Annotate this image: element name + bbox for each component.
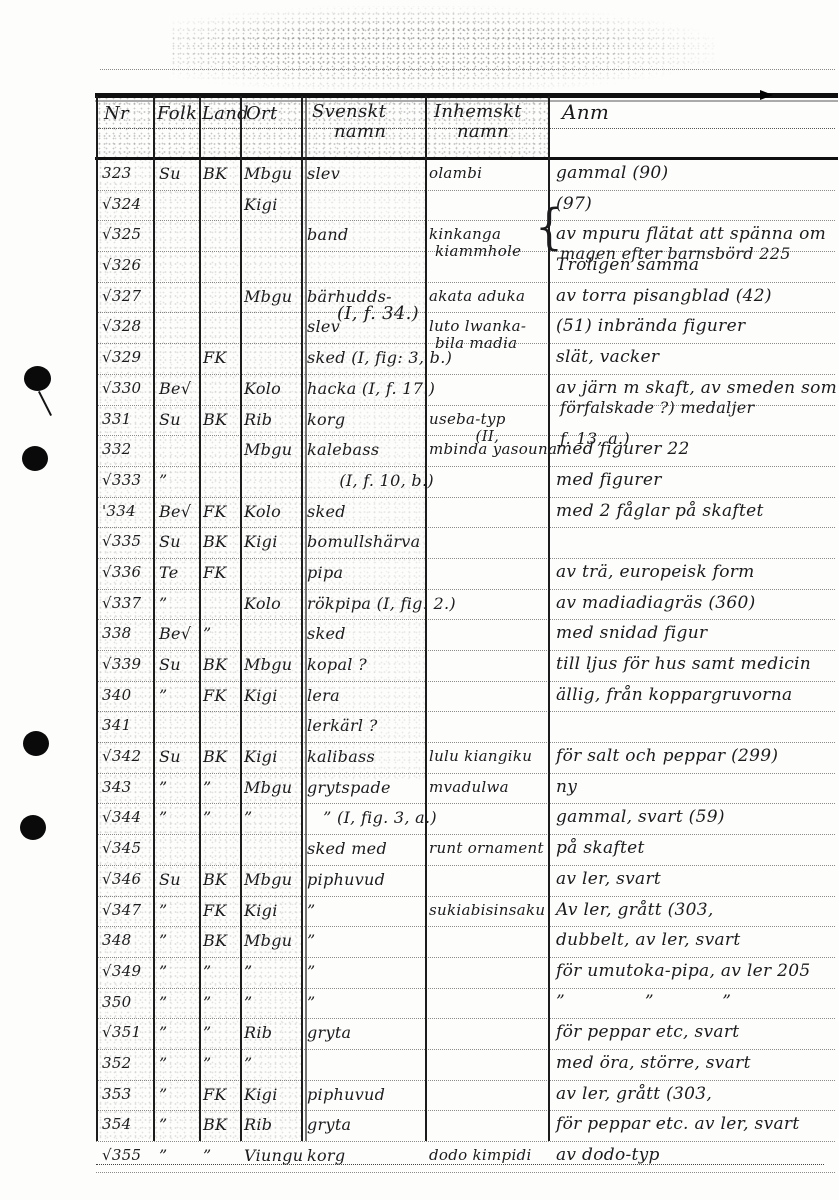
cell-text: '334 xyxy=(102,502,136,520)
cell-land: BK xyxy=(199,528,244,558)
column-header-svenskt-namn: namn xyxy=(334,121,386,142)
table-row: 353”FKKigipiphuvudav ler, grått (303, xyxy=(96,1081,835,1112)
cell-nr: √329 xyxy=(96,344,159,374)
cell-text: ” xyxy=(159,962,167,981)
table-row: √344””” ” (I, fig. 3, a.)gammal, svart (… xyxy=(96,804,835,835)
punch-hole xyxy=(24,366,51,391)
cell-sv xyxy=(301,252,431,282)
cell-folk xyxy=(153,191,205,221)
cell-text: 341 xyxy=(102,716,132,734)
cell-land xyxy=(199,835,244,865)
cell-nr: 332 xyxy=(96,436,159,466)
cell-text: FK xyxy=(203,1085,227,1104)
cell-text: √339 xyxy=(102,655,141,673)
cell-ort: Mbgu xyxy=(240,160,305,190)
cell-text: BK xyxy=(203,931,227,950)
cell-text: FK xyxy=(203,901,227,920)
cell-anm: med figurer 22 xyxy=(548,436,839,466)
cell-text: Mbgu xyxy=(244,778,292,797)
cell-text: (I, f. 10, b.) xyxy=(307,471,434,490)
scanned-ledger-page: Nr Folk Land Ort Svenskt namn Inhemskt n… xyxy=(0,0,839,1200)
cell-text: gammal (90) xyxy=(556,163,668,183)
cell-nr: √337 xyxy=(96,590,159,620)
cell-text: Su xyxy=(159,164,181,183)
cell-nr: √328 xyxy=(96,313,159,343)
cell-sv: kopal ? xyxy=(301,651,431,681)
cell-nr: 340 xyxy=(96,682,159,712)
cell-text: √342 xyxy=(102,747,141,765)
cell-text: på skaftet xyxy=(556,838,645,858)
cell-text: Te xyxy=(159,563,179,582)
cell-nr: √344 xyxy=(96,804,159,834)
cell-inh xyxy=(425,804,552,834)
cell-inh: dodo kimpidi xyxy=(425,1142,552,1172)
cell-folk xyxy=(153,221,205,251)
cell-inh xyxy=(425,989,552,1019)
cell-text: ” xyxy=(159,931,167,950)
cell-text: √335 xyxy=(102,532,141,550)
cell-nr: '334 xyxy=(96,498,159,528)
cell-text: BK xyxy=(203,1115,227,1134)
cell-nr: 352 xyxy=(96,1050,159,1080)
cell-sv xyxy=(301,191,431,221)
cell-text: ” xyxy=(203,778,211,797)
cell-text: ” xyxy=(307,993,315,1012)
cell-nr: 343 xyxy=(96,774,159,804)
cell-folk xyxy=(153,712,205,742)
cell-text: sked xyxy=(307,502,346,521)
cell-anm: av ler, grått (303, xyxy=(548,1081,839,1111)
cell-text: Mbgu xyxy=(244,440,292,459)
cell-ort: ” xyxy=(240,1050,305,1080)
cell-folk: ” xyxy=(153,1142,205,1172)
cell-sv: rökpipa (I, fig. 2.) xyxy=(301,590,431,620)
cell-text: sukiabisinsaku xyxy=(429,901,545,919)
cell-text: BK xyxy=(203,164,227,183)
cell-sv: piphuvud xyxy=(301,1081,431,1111)
cell-sv: lera xyxy=(301,682,431,712)
cell-text: ” xyxy=(159,778,167,797)
cell-ort xyxy=(240,221,305,251)
cell-nr: √351 xyxy=(96,1019,159,1049)
cell-text-line2: förfalskade ?) medaljer xyxy=(560,394,754,421)
cell-sv: bomullshärva xyxy=(301,528,431,558)
cell-land: ” xyxy=(199,620,244,650)
cell-text: 353 xyxy=(102,1085,132,1103)
cell-text: ” xyxy=(159,594,167,613)
cell-anm: (97) xyxy=(548,191,839,221)
cell-folk xyxy=(153,344,205,374)
cell-inh xyxy=(425,467,552,497)
rule-line xyxy=(95,93,838,98)
cell-text: dubbelt, av ler, svart xyxy=(556,930,740,950)
cell-sv: pipa xyxy=(301,559,431,589)
cell-text: √333 xyxy=(102,471,141,489)
cell-text: 354 xyxy=(102,1115,132,1133)
cell-text: Be√ xyxy=(159,379,191,398)
cell-anm: för peppar etc. av ler, svart xyxy=(548,1111,839,1141)
cell-anm: av dodo-typ xyxy=(548,1142,839,1172)
cell-text: Rib xyxy=(244,410,272,429)
cell-text: av ler, svart xyxy=(556,869,661,889)
table-row: √328slevluto lwanka-bila madia(51) inbrä… xyxy=(96,313,835,344)
cell-folk: ” xyxy=(153,682,205,712)
column-header-inhemskt-namn: namn xyxy=(457,121,509,142)
cell-folk: Su xyxy=(153,528,205,558)
cell-nr: 323 xyxy=(96,160,159,190)
cell-text: med snidad figur xyxy=(556,623,707,643)
cell-text: √325 xyxy=(102,225,141,243)
cell-sv: sked xyxy=(301,620,431,650)
cell-text: FK xyxy=(203,563,227,582)
cell-text: √329 xyxy=(102,348,141,366)
cell-land: FK xyxy=(199,344,244,374)
table-row: √355””Viungukorgdodo kimpidiav dodo-typ xyxy=(96,1142,835,1173)
cell-nr: 350 xyxy=(96,989,159,1019)
cell-nr: √330 xyxy=(96,375,159,405)
cell-text: ” xyxy=(159,901,167,920)
cell-ort: Mbgu xyxy=(240,866,305,896)
table-row: 341lerkärl ? xyxy=(96,712,835,743)
table-row: √349””””för umutoka-pipa, av ler 205 xyxy=(96,958,835,989)
cell-folk: ” xyxy=(153,927,205,957)
cell-land: FK xyxy=(199,498,244,528)
cell-ort: Kolo xyxy=(240,498,305,528)
cell-land: ” xyxy=(199,804,244,834)
cell-text: ” xyxy=(159,1146,167,1165)
cell-anm: med 2 fåglar på skaftet xyxy=(548,498,839,528)
cell-inh: runt ornament xyxy=(425,835,552,865)
cell-nr: 354 xyxy=(96,1111,159,1141)
cell-text: Su xyxy=(159,655,181,674)
cell-text: Su xyxy=(159,532,181,551)
cell-nr: √325 xyxy=(96,221,159,251)
cell-text: slev xyxy=(307,164,340,183)
cell-nr: √346 xyxy=(96,866,159,896)
cell-text: √344 xyxy=(102,808,141,826)
cell-anm: för peppar etc, svart xyxy=(548,1019,839,1049)
cell-text: Kigi xyxy=(244,532,278,551)
cell-sv: bärhudds-(I, f. 34.) xyxy=(301,283,431,313)
cell-text: korg xyxy=(307,1146,345,1165)
cell-anm: dubbelt, av ler, svart xyxy=(548,927,839,957)
cell-land xyxy=(199,283,244,313)
cell-folk: ” xyxy=(153,958,205,988)
cell-text: ny xyxy=(556,777,577,797)
cell-text: med figurer xyxy=(556,470,662,490)
cell-text: 338 xyxy=(102,624,132,642)
cell-text: √349 xyxy=(102,962,141,980)
cell-text: Kigi xyxy=(244,195,278,214)
cell-ort: Mbgu xyxy=(240,651,305,681)
cell-folk: Be√ xyxy=(153,620,205,650)
cell-inh xyxy=(425,375,552,405)
cell-ort xyxy=(240,467,305,497)
column-header-nr: Nr xyxy=(104,103,129,124)
table-row: 343””Mbgugrytspademvadulwany xyxy=(96,774,835,805)
cell-text: dodo kimpidi xyxy=(429,1146,532,1164)
cell-text: av ler, grått (303, xyxy=(556,1084,712,1104)
cell-text: 348 xyxy=(102,931,132,949)
cell-sv: grytspade xyxy=(301,774,431,804)
cell-folk: Be√ xyxy=(153,498,205,528)
cell-text: ” xyxy=(159,471,167,490)
cell-text: sked (I, fig: 3, b.) xyxy=(307,348,452,367)
cell-text: band xyxy=(307,225,349,244)
cell-folk xyxy=(153,313,205,343)
cell-text: √326 xyxy=(102,256,141,274)
cell-nr: √342 xyxy=(96,743,159,773)
cell-inh xyxy=(425,1081,552,1111)
cell-anm: med figurer xyxy=(548,467,839,497)
cell-text-line2: kiammhole xyxy=(435,238,521,265)
cell-ort xyxy=(240,252,305,282)
cell-text: √328 xyxy=(102,317,141,335)
cell-anm: ällig, från koppargruvorna xyxy=(548,682,839,712)
table-row: 340”FKKigileraällig, från koppargruvorna xyxy=(96,682,835,713)
cell-ort: Mbgu xyxy=(240,436,305,466)
cell-folk: ” xyxy=(153,1081,205,1111)
table-row: √325bandkinkangakiammholeav mpuru flätat… xyxy=(96,221,835,252)
cell-ort: ” xyxy=(240,989,305,1019)
cell-ort xyxy=(240,835,305,865)
cell-inh: akata aduka xyxy=(425,283,552,313)
cell-text: Su xyxy=(159,747,181,766)
cell-text: olambi xyxy=(429,164,482,182)
cell-nr: √336 xyxy=(96,559,159,589)
cell-sv: hacka (I, f. 17.) xyxy=(301,375,431,405)
cell-text: med öra, större, svart xyxy=(556,1053,751,1073)
pen-stroke xyxy=(38,391,52,416)
cell-folk: Su xyxy=(153,160,205,190)
cell-folk: Be√ xyxy=(153,375,205,405)
table-row: 323SuBKMbguslevolambigammal (90) xyxy=(96,160,835,191)
cell-anm: gammal, svart (59) xyxy=(548,804,839,834)
cell-text: Be√ xyxy=(159,624,191,643)
table-row: √333” (I, f. 10, b.)med figurer xyxy=(96,467,835,498)
cell-folk xyxy=(153,436,205,466)
cell-sv: gryta xyxy=(301,1019,431,1049)
cell-nr: √347 xyxy=(96,897,159,927)
cell-text: piphuvud xyxy=(307,1085,385,1104)
cell-text: slät, vacker xyxy=(556,347,659,367)
column-header-ort: Ort xyxy=(246,103,278,124)
cell-text: av dodo-typ xyxy=(556,1145,660,1165)
cell-sv: band xyxy=(301,221,431,251)
cell-ort: Mbgu xyxy=(240,927,305,957)
cell-text: ” xyxy=(307,931,315,950)
cell-text: Be√ xyxy=(159,502,191,521)
cell-text: FK xyxy=(203,502,227,521)
cell-text: ” xyxy=(307,962,315,981)
cell-text: hacka (I, f. 17.) xyxy=(307,379,435,398)
cell-nr: 331 xyxy=(96,406,159,436)
cell-text: BK xyxy=(203,532,227,551)
cell-text: ” xyxy=(159,1085,167,1104)
cell-text: lerkärl ? xyxy=(307,716,378,735)
cell-text: ” xyxy=(244,962,252,981)
cell-text: 343 xyxy=(102,778,132,796)
table-row: √336TeFKpipaav trä, europeisk form xyxy=(96,559,835,590)
cell-text: piphuvud xyxy=(307,870,385,889)
cell-text: Kigi xyxy=(244,1085,278,1104)
cell-text: 350 xyxy=(102,993,132,1011)
cell-inh: sukiabisinsaku xyxy=(425,897,552,927)
cell-land: BK xyxy=(199,160,244,190)
cell-text: runt ornament xyxy=(429,839,544,857)
cell-sv: (I, f. 10, b.) xyxy=(301,467,431,497)
cell-text: ” xyxy=(203,1146,211,1165)
cell-sv: sked (I, fig: 3, b.) xyxy=(301,344,431,374)
table-row: √337”Kolorökpipa (I, fig. 2.)av madiadia… xyxy=(96,590,835,621)
cell-inh xyxy=(425,712,552,742)
cell-land xyxy=(199,313,244,343)
cell-land xyxy=(199,375,244,405)
cell-nr: √335 xyxy=(96,528,159,558)
cell-text-line2: (I, f. 34.) xyxy=(337,300,419,327)
cell-sv: korg xyxy=(301,1142,431,1172)
cell-folk: ” xyxy=(153,467,205,497)
cell-inh: useba-typ (II, xyxy=(425,406,552,436)
cell-text: akata aduka xyxy=(429,287,525,305)
cell-text: 331 xyxy=(102,410,132,428)
column-header-inhemskt: Inhemskt xyxy=(434,101,522,122)
cell-text: √346 xyxy=(102,870,141,888)
cell-anm: för umutoka-pipa, av ler 205 xyxy=(548,958,839,988)
column-header-anm: Anm xyxy=(562,100,609,124)
table-row: √335SuBKKigibomullshärva xyxy=(96,528,835,559)
cell-text: Troligen samma xyxy=(556,255,699,275)
cell-text: ällig, från koppargruvorna xyxy=(556,685,792,705)
cell-text: Rib xyxy=(244,1023,272,1042)
cell-text: Av ler, grått (303, xyxy=(556,900,714,920)
cell-sv: ” xyxy=(301,989,431,1019)
cell-text: till ljus för hus samt medicin xyxy=(556,654,811,674)
cell-anm: med öra, större, svart xyxy=(548,1050,839,1080)
cell-text: Kigi xyxy=(244,686,278,705)
cell-text: ” xyxy=(244,808,252,827)
cell-inh: mbinda yasouna xyxy=(425,436,552,466)
cell-inh xyxy=(425,682,552,712)
cell-anm: av järn m skaft, av smeden somförfalskad… xyxy=(548,375,839,405)
cell-sv: piphuvud xyxy=(301,866,431,896)
cell-folk: Su xyxy=(153,866,205,896)
cell-anm: ” ” ” xyxy=(548,989,839,1019)
cell-text: med figurer 22 xyxy=(556,439,690,459)
cell-land xyxy=(199,252,244,282)
cell-anm: av madiadiagräs (360) xyxy=(548,590,839,620)
cell-folk: ” xyxy=(153,897,205,927)
table-row: √347”FKKigi”sukiabisinsakuAv ler, grått … xyxy=(96,897,835,928)
cell-text: Viungu xyxy=(244,1146,303,1165)
cell-nr: 353 xyxy=(96,1081,159,1111)
cell-text: ” xyxy=(159,686,167,705)
cell-text: ” ” ” xyxy=(556,992,731,1012)
cell-ort: Kigi xyxy=(240,191,305,221)
cell-nr: 341 xyxy=(96,712,159,742)
cell-anm xyxy=(548,712,839,742)
cell-sv: sked xyxy=(301,498,431,528)
cell-text: sked med xyxy=(307,839,387,858)
cell-text: √337 xyxy=(102,594,141,612)
cell-text: ” xyxy=(244,1054,252,1073)
cell-text: √330 xyxy=(102,379,141,397)
cell-text: ” xyxy=(244,993,252,1012)
cell-anm: av trä, europeisk form xyxy=(548,559,839,589)
cell-ort: Mbgu xyxy=(240,283,305,313)
cell-text: Kigi xyxy=(244,901,278,920)
cell-land: BK xyxy=(199,1111,244,1141)
cell-text: BK xyxy=(203,747,227,766)
cell-text: 340 xyxy=(102,686,132,704)
cell-sv: slev xyxy=(301,160,431,190)
cell-text: Kolo xyxy=(244,502,281,521)
cell-inh xyxy=(425,498,552,528)
table-row: 354”BKRibgrytaför peppar etc. av ler, sv… xyxy=(96,1111,835,1142)
cell-text: ” xyxy=(203,993,211,1012)
cell-land: BK xyxy=(199,406,244,436)
cell-folk: ” xyxy=(153,590,205,620)
table-row: √330Be√Kolohacka (I, f. 17.)av järn m sk… xyxy=(96,375,835,406)
cell-folk: Su xyxy=(153,651,205,681)
cell-anm: med snidad figur xyxy=(548,620,839,650)
cell-land xyxy=(199,221,244,251)
cell-folk: Su xyxy=(153,743,205,773)
cell-inh xyxy=(425,958,552,988)
cell-ort: Viungu xyxy=(240,1142,305,1172)
cell-text: 323 xyxy=(102,164,132,182)
cell-land: FK xyxy=(199,1081,244,1111)
cell-nr: 338 xyxy=(96,620,159,650)
cell-text: BK xyxy=(203,655,227,674)
cell-text: Mbgu xyxy=(244,870,292,889)
cell-text: FK xyxy=(203,348,227,367)
cell-sv: ” (I, fig. 3, a.) xyxy=(301,804,431,834)
cell-text: (51) inbrända figurer xyxy=(556,316,745,336)
cell-text: ” xyxy=(203,1054,211,1073)
cell-inh xyxy=(425,1050,552,1080)
cell-sv: gryta xyxy=(301,1111,431,1141)
cell-nr: √349 xyxy=(96,958,159,988)
cell-text: pipa xyxy=(307,563,343,582)
cell-ort xyxy=(240,313,305,343)
cell-text: kopal ? xyxy=(307,655,367,674)
cell-inh xyxy=(425,651,552,681)
cell-sv: ” xyxy=(301,927,431,957)
cell-text: Mbgu xyxy=(244,655,292,674)
cell-anm: av ler, svart xyxy=(548,866,839,896)
cell-text: ” xyxy=(159,1054,167,1073)
cell-folk: ” xyxy=(153,1019,205,1049)
cell-text: Mbgu xyxy=(244,287,292,306)
cell-text: för peppar etc. av ler, svart xyxy=(556,1114,799,1134)
cell-ort: ” xyxy=(240,804,305,834)
table-row: 338Be√”skedmed snidad figur xyxy=(96,620,835,651)
cell-land xyxy=(199,467,244,497)
cell-sv: korg xyxy=(301,406,431,436)
cell-land xyxy=(199,191,244,221)
cell-text: för salt och peppar (299) xyxy=(556,746,778,766)
table-row: 348”BKMbgu”dubbelt, av ler, svart xyxy=(96,927,835,958)
cell-ort: Kigi xyxy=(240,682,305,712)
cell-land: ” xyxy=(199,989,244,1019)
cell-text: √347 xyxy=(102,901,141,919)
cell-text: lulu kiangiku xyxy=(429,747,532,765)
cell-text: för umutoka-pipa, av ler 205 xyxy=(556,961,811,981)
cell-land xyxy=(199,590,244,620)
cell-text: gryta xyxy=(307,1115,351,1134)
cell-text: rökpipa (I, fig. 2.) xyxy=(307,594,456,613)
